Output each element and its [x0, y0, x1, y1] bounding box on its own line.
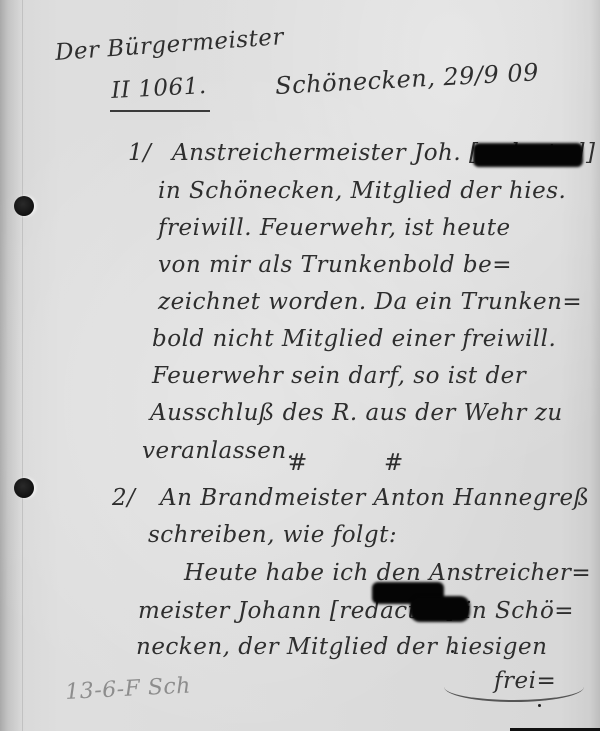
item-2-line-1: An Brandmeister Anton Hannegreß [160, 485, 589, 511]
ink-speck [451, 650, 454, 653]
punch-hole-top [14, 196, 34, 216]
item-1-line-6: bold nicht Mitglied einer freiwill. [152, 326, 556, 352]
redaction-bar-2b [410, 596, 470, 622]
pencil-annotation: 13-6-F Sch [65, 673, 192, 705]
item-1-line-2: in Schönecken, Mitglied der hies. [158, 178, 566, 204]
separator-hash-1: # [288, 450, 308, 476]
item-1-line-7: Feuerwehr sein darf, so ist der [152, 363, 526, 389]
item-2-line-2: schreiben, wie folgt: [148, 522, 397, 548]
item-1-line-5: zeichnet worden. Da ein Trunken= [158, 289, 582, 315]
item-1-number: 1/ [128, 140, 151, 166]
item-2-line-4: meister Johann [redacted] in Schö= [138, 598, 574, 624]
closing-flourish [444, 672, 584, 702]
sender-line: Der Bürgermeister [54, 24, 285, 66]
reference-number: II 1061. [111, 73, 208, 104]
item-1-line-4: von mir als Trunkenbold be= [158, 252, 512, 278]
ink-speck [538, 704, 541, 707]
punch-hole-bottom [14, 478, 34, 498]
item-1-line-9: veranlassen. [142, 438, 295, 464]
separator-hash-2: # [384, 450, 404, 476]
item-2-line-5: necken, der Mitglied der hiesigen [136, 634, 547, 660]
reference-underline [110, 110, 210, 112]
item-1-line-3: freiwill. Feuerwehr, ist heute [158, 215, 511, 241]
item-2-number: 2/ [112, 485, 135, 511]
place-date: Schönecken, 29/9 09 [275, 58, 540, 100]
redaction-bar-1 [473, 143, 583, 167]
item-1-line-8: Ausschluß des R. aus der Wehr zu [150, 400, 563, 426]
document-page: Der Bürgermeister II 1061. Schönecken, 2… [0, 0, 600, 731]
binding-fold-line [22, 0, 23, 731]
